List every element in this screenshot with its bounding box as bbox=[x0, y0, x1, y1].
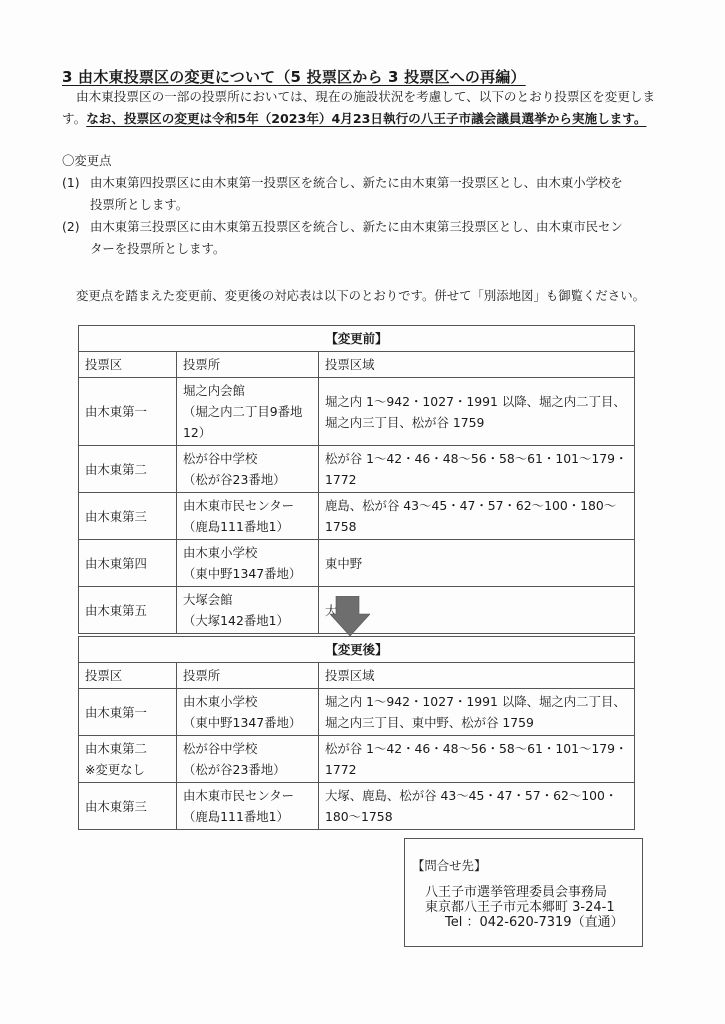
contact-title: 【問合せ先】 bbox=[412, 856, 486, 874]
change-item-text: 由木東第四投票区に由木東第一投票区を統合し、新たに由木東第一投票区とし、由木東小… bbox=[90, 172, 623, 194]
polling-place-address: （松が谷23番地） bbox=[183, 759, 312, 780]
district-cell: 由木東第四 bbox=[79, 540, 177, 587]
contact-phone: Tel ：042-620-7319（直通） bbox=[425, 915, 624, 930]
column-header-area: 投票区域 bbox=[319, 352, 635, 378]
table-row: 由木東第四 由木東小学校（東中野1347番地） 東中野 bbox=[79, 540, 635, 587]
area-cell: 大塚、鹿島、松が谷 43～45・47・57・62～100・180～1758 bbox=[319, 783, 635, 830]
polling-place-cell: 大塚会館（大塚142番地1） bbox=[177, 587, 319, 634]
district-cell: 由木東第一 bbox=[79, 689, 177, 736]
polling-place-cell: 堀之内会館（堀之内二丁目9番地12） bbox=[177, 378, 319, 446]
district-note: ※変更なし bbox=[85, 759, 170, 780]
district-cell: 由木東第二※変更なし bbox=[79, 736, 177, 783]
column-header-area: 投票区域 bbox=[319, 663, 635, 689]
district-name: 由木東第二 bbox=[85, 738, 170, 759]
polling-place-cell: 松が谷中学校（松が谷23番地） bbox=[177, 736, 319, 783]
polling-place-name: 堀之内会館 bbox=[183, 380, 312, 401]
polling-place-name: 由木東小学校 bbox=[183, 542, 312, 563]
effective-date-notice: なお、投票区の変更は令和5年（2023年）4月23日執行の八王子市議会議員選挙か… bbox=[86, 111, 646, 126]
after-change-table: 【変更後】 投票区 投票所 投票区域 由木東第一 由木東小学校（東中野1347番… bbox=[78, 636, 635, 830]
polling-place-address: （堀之内二丁目9番地12） bbox=[183, 401, 312, 443]
table-title: 【変更後】 bbox=[79, 637, 635, 663]
change-item-text-cont: 投票所とします。 bbox=[62, 194, 623, 216]
changes-list: 〇変更点 (1) 由木東第四投票区に由木東第一投票区を統合し、新たに由木東第一投… bbox=[62, 150, 623, 260]
polling-place-name: 由木東小学校 bbox=[183, 691, 312, 712]
polling-place-address: （大塚142番地1） bbox=[183, 610, 312, 631]
column-header-district: 投票区 bbox=[79, 352, 177, 378]
polling-place-address: （松が谷23番地） bbox=[183, 469, 312, 490]
area-cell: 鹿島、松が谷 43～45・47・57・62～100・180～1758 bbox=[319, 493, 635, 540]
district-cell: 由木東第一 bbox=[79, 378, 177, 446]
table-row: 由木東第三 由木東市民センター（鹿島111番地1） 大塚、鹿島、松が谷 43～4… bbox=[79, 783, 635, 830]
contact-box: 【問合せ先】 八王子市選挙管理委員会事務局 東京都八王子市元本郷町 3-24-1… bbox=[404, 838, 643, 947]
polling-place-address: （東中野1347番地） bbox=[183, 712, 312, 733]
change-item-2: (2) 由木東第三投票区に由木東第五投票区を統合し、新たに由木東第三投票区とし、… bbox=[62, 216, 623, 238]
change-item-text-cont: ターを投票所とします。 bbox=[62, 238, 623, 260]
intro-line-2: す。なお、投票区の変更は令和5年（2023年）4月23日執行の八王子市議会議員選… bbox=[62, 108, 655, 130]
polling-place-cell: 松が谷中学校（松が谷23番地） bbox=[177, 446, 319, 493]
district-cell: 由木東第三 bbox=[79, 783, 177, 830]
section-heading: 3 由木東投票区の変更について（5 投票区から 3 投票区への再編） bbox=[62, 66, 526, 87]
polling-place-cell: 由木東市民センター（鹿島111番地1） bbox=[177, 783, 319, 830]
change-item-1: (1) 由木東第四投票区に由木東第一投票区を統合し、新たに由木東第一投票区とし、… bbox=[62, 172, 623, 194]
polling-place-name: 由木東市民センター bbox=[183, 785, 312, 806]
column-header-polling-place: 投票所 bbox=[177, 352, 319, 378]
polling-place-cell: 由木東小学校（東中野1347番地） bbox=[177, 689, 319, 736]
contact-address: 東京都八王子市元本郷町 3-24-1 bbox=[425, 900, 624, 915]
area-cell: 堀之内 1～942・1027・1991 以降、堀之内二丁目、堀之内三丁目、東中野… bbox=[319, 689, 635, 736]
table-row: 由木東第二※変更なし 松が谷中学校（松が谷23番地） 松が谷 1～42・46・4… bbox=[79, 736, 635, 783]
polling-place-cell: 由木東小学校（東中野1347番地） bbox=[177, 540, 319, 587]
table-row: 由木東第二 松が谷中学校（松が谷23番地） 松が谷 1～42・46・48～56・… bbox=[79, 446, 635, 493]
table-note: 変更点を踏まえた変更前、変更後の対応表は以下のとおりです。併せて「別添地図」も御… bbox=[76, 286, 645, 304]
changes-label: 〇変更点 bbox=[62, 150, 623, 172]
polling-place-cell: 由木東市民センター（鹿島111番地1） bbox=[177, 493, 319, 540]
polling-place-address: （東中野1347番地） bbox=[183, 563, 312, 584]
intro-line-1: 由木東投票区の一部の投票所においては、現在の施設状況を考慮して、以下のとおり投票… bbox=[62, 86, 655, 108]
intro-line-2-prefix: す。 bbox=[62, 111, 86, 126]
polling-place-name: 由木東市民センター bbox=[183, 495, 312, 516]
area-cell: 堀之内 1～942・1027・1991 以降、堀之内二丁目、堀之内三丁目、松が谷… bbox=[319, 378, 635, 446]
polling-place-address: （鹿島111番地1） bbox=[183, 806, 312, 827]
polling-place-name: 松が谷中学校 bbox=[183, 738, 312, 759]
contact-details: 八王子市選挙管理委員会事務局 東京都八王子市元本郷町 3-24-1 Tel ：0… bbox=[425, 885, 624, 930]
district-cell: 由木東第五 bbox=[79, 587, 177, 634]
contact-organization: 八王子市選挙管理委員会事務局 bbox=[425, 885, 624, 900]
area-cell: 東中野 bbox=[319, 540, 635, 587]
change-item-text: 由木東第三投票区に由木東第五投票区を統合し、新たに由木東第三投票区とし、由木東市… bbox=[90, 216, 623, 238]
table-row: 由木東第三 由木東市民センター（鹿島111番地1） 鹿島、松が谷 43～45・4… bbox=[79, 493, 635, 540]
change-item-number: (1) bbox=[62, 172, 90, 194]
polling-place-name: 松が谷中学校 bbox=[183, 448, 312, 469]
district-cell: 由木東第三 bbox=[79, 493, 177, 540]
table-title: 【変更前】 bbox=[79, 326, 635, 352]
polling-place-address: （鹿島111番地1） bbox=[183, 516, 312, 537]
change-item-number: (2) bbox=[62, 216, 90, 238]
column-header-polling-place: 投票所 bbox=[177, 663, 319, 689]
area-cell: 松が谷 1～42・46・48～56・58～61・101～179・1772 bbox=[319, 736, 635, 783]
area-cell: 松が谷 1～42・46・48～56・58～61・101～179・1772 bbox=[319, 446, 635, 493]
before-change-table: 【変更前】 投票区 投票所 投票区域 由木東第一 堀之内会館（堀之内二丁目9番地… bbox=[78, 325, 635, 634]
table-row: 由木東第一 堀之内会館（堀之内二丁目9番地12） 堀之内 1～942・1027・… bbox=[79, 378, 635, 446]
polling-place-name: 大塚会館 bbox=[183, 589, 312, 610]
table-row: 由木東第一 由木東小学校（東中野1347番地） 堀之内 1～942・1027・1… bbox=[79, 689, 635, 736]
district-cell: 由木東第二 bbox=[79, 446, 177, 493]
intro-paragraph: 由木東投票区の一部の投票所においては、現在の施設状況を考慮して、以下のとおり投票… bbox=[62, 86, 655, 130]
column-header-district: 投票区 bbox=[79, 663, 177, 689]
down-arrow-icon bbox=[330, 596, 370, 636]
